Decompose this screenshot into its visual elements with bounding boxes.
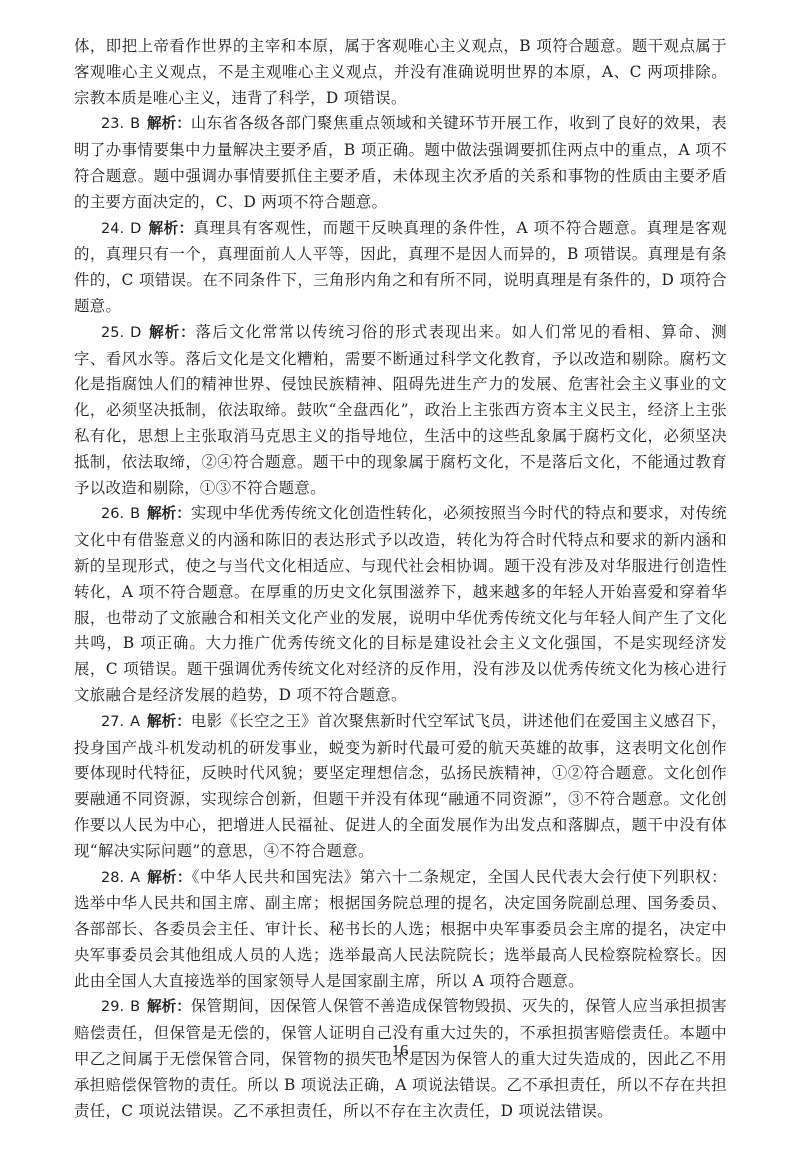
answer-item-27: 27.A解析：电影《长空之王》首次聚焦新时代空军试飞员，讲述他们在爱国主义感召下… — [74, 709, 727, 865]
answer-letter: B — [130, 116, 140, 132]
document-page: 体，即把上帝看作世界的主宰和本原，属于客观唯心主义观点，B 项符合题意。题干观点… — [74, 34, 727, 1124]
analysis-label: 解析： — [148, 324, 195, 341]
analysis-label: 解析： — [147, 505, 191, 522]
answer-letter: A — [130, 870, 140, 886]
analysis-text: 电影《长空之王》首次聚焦新时代空军试飞员，讲述他们在爱国主义感召下，投身国产战斗… — [74, 712, 727, 860]
answer-letter: B — [130, 999, 140, 1015]
question-number: 29. — [101, 999, 124, 1015]
question-number: 23. — [101, 116, 124, 132]
analysis-label: 解析： — [147, 713, 191, 730]
answer-item-25: 25.D解析：落后文化常常以传统习俗的形式表现出来。如人们常见的看相、算命、测字… — [74, 320, 727, 502]
question-number: 24. — [101, 221, 124, 237]
answer-item-28: 28.A解析：《中华人民共和国宪法》第六十二条规定，全国人民代表大会行使下列职权… — [74, 865, 727, 995]
analysis-text: 实现中华优秀传统文化创造性转化，必须按照当今时代的特点和要求，对传统文化中有借鉴… — [74, 504, 727, 704]
continuation-paragraph: 体，即把上帝看作世界的主宰和本原，属于客观唯心主义观点，B 项符合题意。题干观点… — [74, 34, 727, 111]
analysis-label: 解析： — [147, 869, 192, 886]
question-number: 28. — [101, 870, 124, 886]
answer-item-24: 24.D解析：真理具有客观性，而题干反映真理的条件性，A 项不符合题意。真理是客… — [74, 216, 727, 320]
page-number: — 16 — — [0, 1041, 800, 1061]
answer-letter: D — [130, 325, 141, 341]
answer-item-23: 23.B解析：山东省各级各部门聚焦重点领域和关键环节开展工作，收到了良好的效果，… — [74, 111, 727, 215]
analysis-label: 解析： — [148, 220, 193, 237]
analysis-label: 解析： — [147, 998, 191, 1015]
analysis-label: 解析： — [147, 115, 191, 132]
answer-letter: B — [130, 506, 140, 522]
answer-letter: A — [130, 714, 140, 730]
analysis-text: 落后文化常常以传统习俗的形式表现出来。如人们常见的看相、算命、测字、看风水等。落… — [74, 323, 727, 497]
question-number: 27. — [101, 714, 124, 730]
question-number: 25. — [101, 325, 124, 341]
answer-item-26: 26.B解析：实现中华优秀传统文化创造性转化，必须按照当今时代的特点和要求，对传… — [74, 501, 727, 708]
question-number: 26. — [101, 506, 124, 522]
answer-letter: D — [130, 221, 141, 237]
